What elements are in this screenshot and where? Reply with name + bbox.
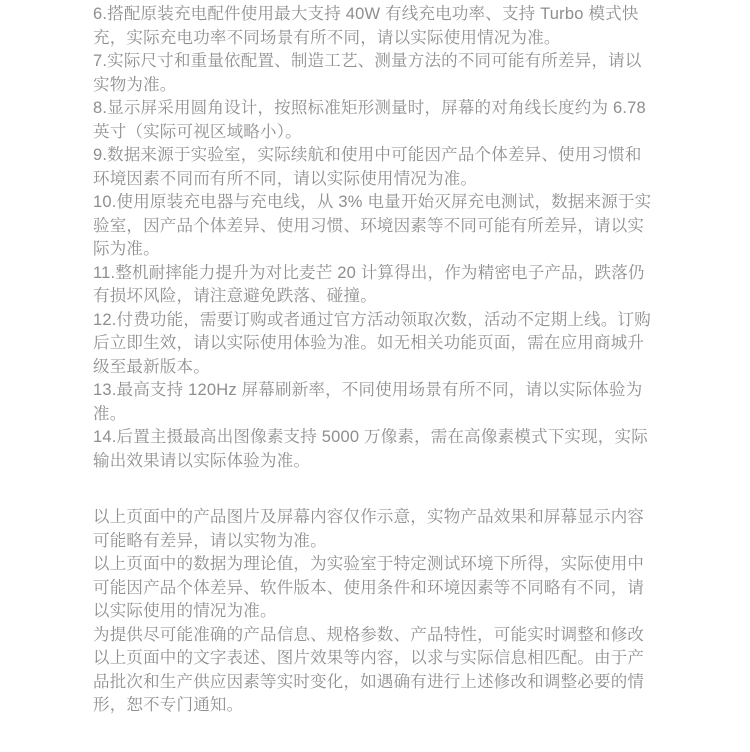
- note-item-7: 7.实际尺寸和重量依配置、制造工艺、测量方法的不同可能有所差异，请以实物为准。: [93, 50, 658, 97]
- note-item-12: 12.付费功能，需要订购或者通过官方活动领取次数，活动不定期上线。订购后立即生效…: [93, 309, 658, 380]
- notes-list: 6.搭配原装充电配件使用最大支持 40W 有线充电功率、支持 Turbo 模式快…: [93, 3, 658, 473]
- note-item-11: 11.整机耐摔能力提升为对比麦芒 20 计算得出，作为精密电子产品，跌落仍有损坏…: [93, 262, 658, 309]
- disclaimer-paragraph-3: 为提供尽可能准确的产品信息、规格参数、产品特性，可能实时调整和修改以上页面中的文…: [93, 624, 658, 718]
- disclaimer-paragraph-1: 以上页面中的产品图片及屏幕内容仅作示意，实物产品效果和屏幕显示内容可能略有差异，…: [93, 506, 658, 553]
- note-item-6: 6.搭配原装充电配件使用最大支持 40W 有线充电功率、支持 Turbo 模式快…: [93, 3, 658, 50]
- disclaimer-block: 以上页面中的产品图片及屏幕内容仅作示意，实物产品效果和屏幕显示内容可能略有差异，…: [93, 506, 658, 718]
- product-notes-section: 6.搭配原装充电配件使用最大支持 40W 有线充电功率、支持 Turbo 模式快…: [0, 0, 750, 718]
- note-item-8: 8.显示屏采用圆角设计，按照标准矩形测量时，屏幕的对角线长度约为 6.78 英寸…: [93, 97, 658, 144]
- disclaimer-paragraph-2: 以上页面中的数据为理论值，为实验室于特定测试环境下所得，实际使用中可能因产品个体…: [93, 553, 658, 624]
- note-item-13: 13.最高支持 120Hz 屏幕刷新率，不同使用场景有所不同，请以实际体验为准。: [93, 379, 658, 426]
- page: { "page": { "background_color": "#ffffff…: [0, 0, 750, 752]
- note-item-9: 9.数据来源于实验室，实际续航和使用中可能因产品个体差异、使用习惯和环境因素不同…: [93, 144, 658, 191]
- note-item-14: 14.后置主摄最高出图像素支持 5000 万像素，需在高像素模式下实现，实际输出…: [93, 426, 658, 473]
- note-item-10: 10.使用原装充电器与充电线，从 3% 电量开始灭屏充电测试，数据来源于实验室，…: [93, 191, 658, 262]
